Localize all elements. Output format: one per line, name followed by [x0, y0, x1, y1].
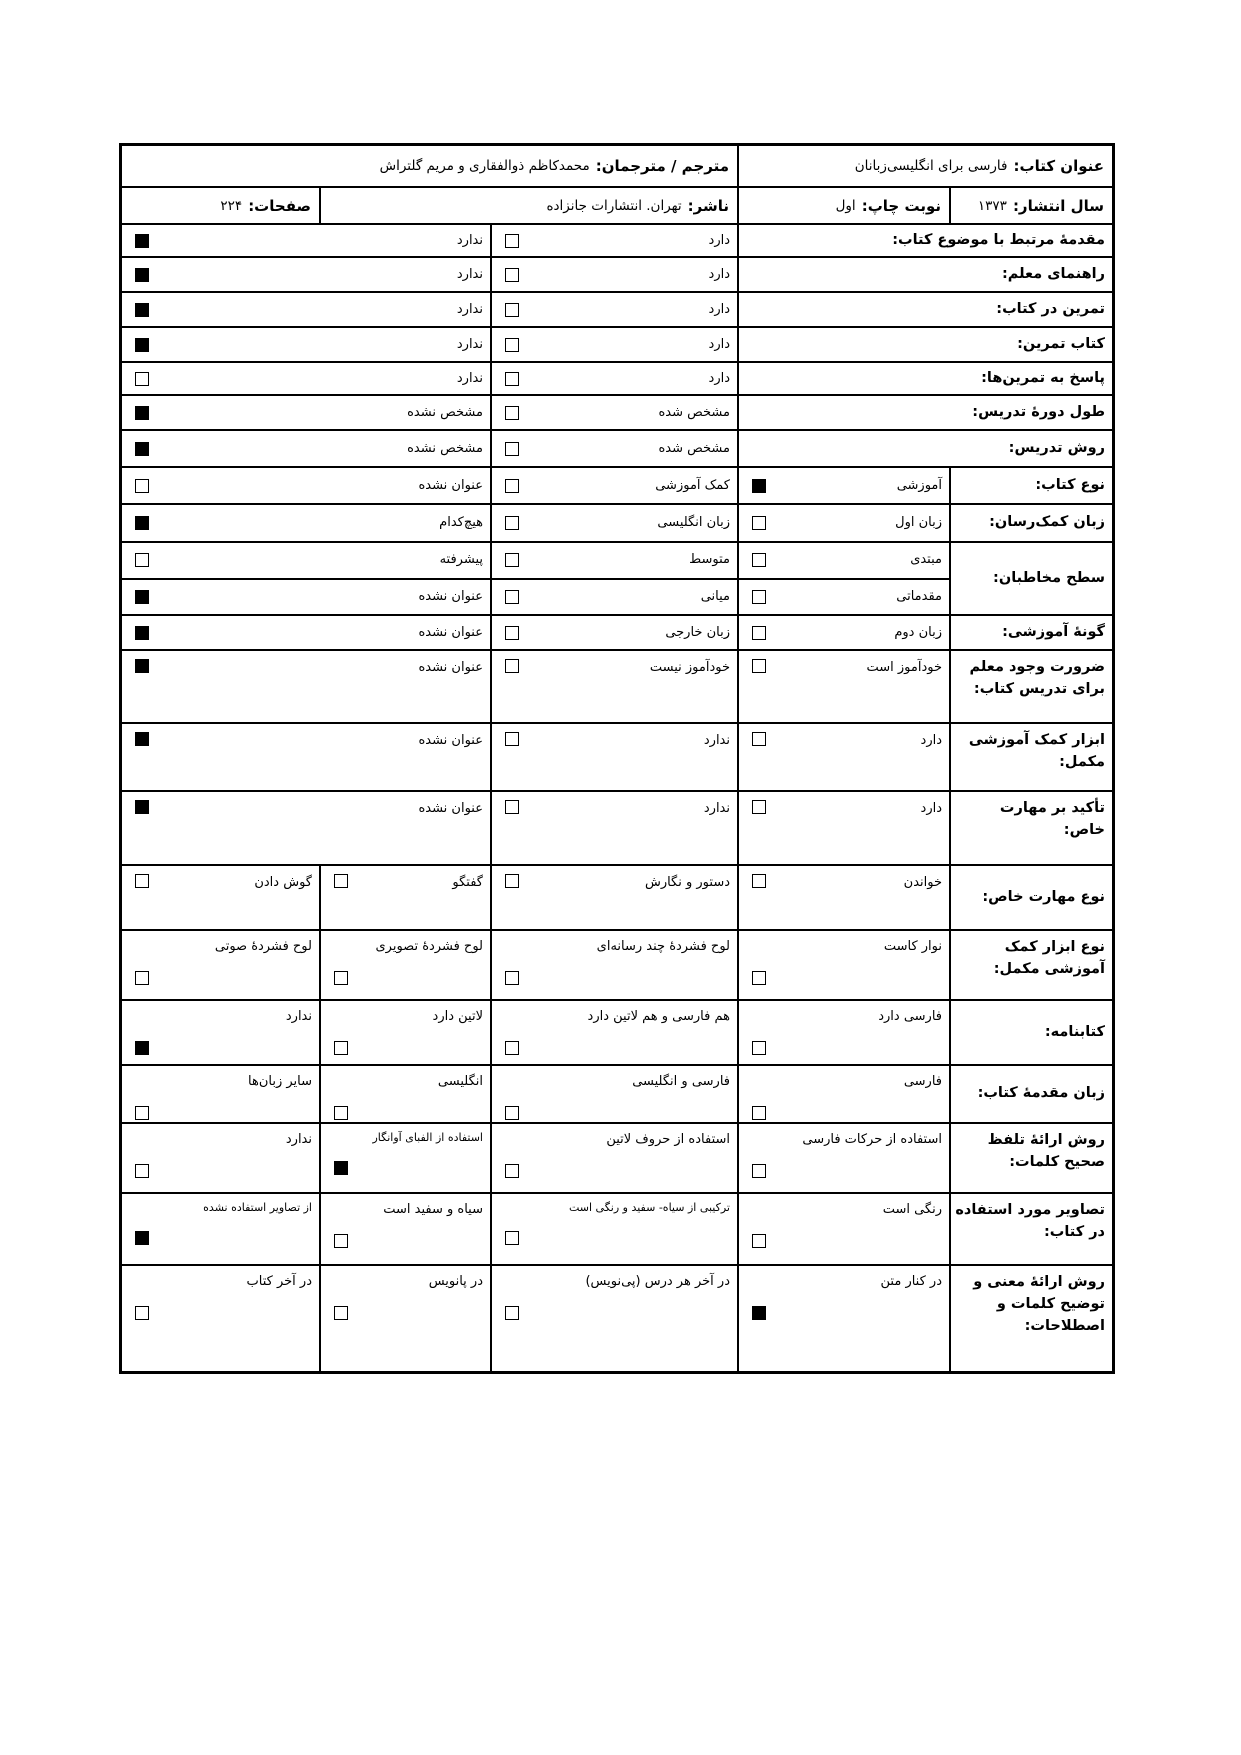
option-cell-bibliography: فارسی دارد — [737, 1001, 949, 1064]
row-label-text: مقدمهٔ مرتبط با موضوع کتاب: — [892, 230, 1105, 252]
row-teacher-necessity: ضرورت وجود معلم برای تدریس کتاب:خودآموز … — [122, 651, 1112, 724]
checkbox-empty[interactable] — [505, 1231, 519, 1245]
checkbox-empty[interactable] — [752, 874, 766, 888]
option-label: کمک آموزشی — [655, 477, 730, 495]
checkbox-empty[interactable] — [752, 626, 766, 640]
checkbox-empty[interactable] — [334, 1041, 348, 1055]
print-edition-cell: نوبت چاپ:اول — [737, 188, 949, 223]
checkbox-filled[interactable] — [135, 1041, 149, 1055]
publisher-label: ناشر: — [688, 197, 729, 215]
row-intro-related: مقدمهٔ مرتبط با موضوع کتاب:داردندارد — [122, 225, 1112, 258]
row-audience-level: سطح مخاطبان:مبتدیمتوسطپیشرفتهمقدماتیمیان… — [122, 543, 1112, 616]
checkbox-empty[interactable] — [505, 553, 519, 567]
checkbox-empty[interactable] — [505, 1041, 519, 1055]
option-label: زبان خارجی — [665, 624, 730, 642]
checkbox-filled[interactable] — [135, 268, 149, 282]
checkbox-empty[interactable] — [505, 800, 519, 814]
row-answers-to-exercises: پاسخ به تمرین‌ها:داردندارد — [122, 363, 1112, 396]
option-label: ندارد — [457, 370, 483, 388]
option-cell-helper-language: زبان اول — [737, 505, 949, 541]
option-label: ندارد — [457, 232, 483, 250]
row-label-audience-level: سطح مخاطبان: — [949, 543, 1112, 614]
checkbox-empty[interactable] — [505, 971, 519, 985]
option-cell-audience-level: متوسط — [490, 543, 737, 578]
checkbox-empty[interactable] — [334, 874, 348, 888]
option-label: فارسی — [752, 1073, 942, 1091]
option-label: خواندن — [904, 874, 942, 892]
option-label: ندارد — [704, 800, 730, 818]
option-label: عنوان نشده — [418, 624, 483, 642]
option-label: دارد — [921, 800, 942, 818]
option-cell-aid-tool-kind: لوح فشردهٔ تصویری — [319, 931, 490, 999]
row-label-text: کتابنامه: — [1045, 1022, 1105, 1044]
option-cell-aid-tool-kind: لوح فشردهٔ صوتی — [122, 931, 319, 999]
option-label: میانی — [701, 588, 730, 606]
option-cell-supplementary-aid-tools: ندارد — [490, 724, 737, 790]
checkbox-empty[interactable] — [752, 590, 766, 604]
option-cell-specific-skill-type: دستور و نگارش — [490, 866, 737, 929]
checkbox-empty[interactable] — [752, 553, 766, 567]
row-label-text: زبان مقدمهٔ کتاب: — [978, 1083, 1105, 1105]
option-label: زبان دوم — [894, 624, 942, 642]
row-label-text: کتاب تمرین: — [1017, 334, 1105, 356]
print-edition-label: نوبت چاپ: — [862, 197, 941, 215]
option-cell-meaning-method: در آخر هر درس (پی‌نویس) — [490, 1266, 737, 1371]
book-title-label: عنوان کتاب: — [1014, 157, 1105, 175]
row-label-exercises-in-book: تمرین در کتاب: — [737, 293, 1112, 326]
option-cell-bibliography: لاتین دارد — [319, 1001, 490, 1064]
checkbox-empty[interactable] — [505, 1106, 519, 1120]
option-cell-book-type: کمک آموزشی — [490, 468, 737, 503]
checkbox-filled[interactable] — [334, 1161, 348, 1175]
translators-value: محمدکاظم ذوالفقاری و مریم گلتراش — [380, 158, 590, 174]
row-bibliography: کتابنامه:فارسی داردهم فارسی و هم لاتین د… — [122, 1001, 1112, 1066]
checkbox-empty[interactable] — [505, 516, 519, 530]
checkbox-empty[interactable] — [752, 1234, 766, 1248]
option-label: فارسی دارد — [752, 1008, 942, 1026]
checkbox-empty[interactable] — [505, 1306, 519, 1320]
row-label-helper-language: زبان کمک‌رسان: — [949, 505, 1112, 541]
option-label: پیشرفته — [440, 551, 483, 569]
option-label: خودآموز نیست — [650, 659, 730, 677]
checkbox-empty[interactable] — [334, 1234, 348, 1248]
option-label: ندارد — [457, 266, 483, 284]
option-cell-exercises-in-book: ندارد — [122, 293, 490, 326]
row-pronunciation-method: روش ارائهٔ تلفظ صحیح کلمات:استفاده از حر… — [122, 1124, 1112, 1194]
option-label: سیاه و سفید است — [334, 1201, 483, 1219]
option-cell-bibliography: هم فارسی و هم لاتین دارد — [490, 1001, 737, 1064]
option-label: ندارد — [457, 301, 483, 319]
option-label: ترکیبی از سیاه- سفید و رنگی است — [505, 1201, 730, 1216]
row-course-length: طول دورهٔ تدریس:مشخص شدهمشخص نشده — [122, 396, 1112, 431]
option-label: عنوان نشده — [418, 732, 483, 750]
row-label-text: روش ارائهٔ تلفظ صحیح کلمات: — [955, 1130, 1105, 1174]
option-cell-book-type: آموزشی — [737, 468, 949, 503]
checkbox-empty[interactable] — [505, 442, 519, 456]
row-exercise-book: کتاب تمرین:داردندارد — [122, 328, 1112, 363]
row-label-text: تمرین در کتاب: — [996, 299, 1105, 321]
checkbox-empty[interactable] — [505, 303, 519, 317]
option-label: ندارد — [704, 732, 730, 750]
row-label-intro-related: مقدمهٔ مرتبط با موضوع کتاب: — [737, 225, 1112, 256]
row-label-skill-emphasis: تأکید بر مهارت خاص: — [949, 792, 1112, 864]
option-label: انگلیسی — [334, 1073, 483, 1091]
checkbox-empty[interactable] — [135, 372, 149, 386]
header-row-publication: سال انتشار:۱۳۷۳نوبت چاپ:اولناشر:تهران. ا… — [122, 188, 1112, 225]
option-label: مشخص شده — [658, 404, 730, 422]
option-label: استفاده از حرکات فارسی — [752, 1131, 942, 1149]
row-label-text: روش ارائهٔ معنی و توضیح کلمات و اصطلاحات… — [955, 1272, 1105, 1337]
option-cell-images-used: ترکیبی از سیاه- سفید و رنگی است — [490, 1194, 737, 1264]
row-label-book-type: نوع کتاب: — [949, 468, 1112, 503]
row-helper-language: زبان کمک‌رسان:زبان اولزبان انگلیسیهیچ‌کد… — [122, 505, 1112, 543]
page-count-value: ۲۲۴ — [220, 198, 242, 214]
option-cell-images-used: سیاه و سفید است — [319, 1194, 490, 1264]
option-label: در پانویس — [334, 1273, 483, 1291]
checkbox-empty[interactable] — [752, 1041, 766, 1055]
option-cell-aid-tool-kind: نوار کاست — [737, 931, 949, 999]
option-cell-specific-skill-type: خواندن — [737, 866, 949, 929]
option-cell-meaning-method: در کنار متن — [737, 1266, 949, 1371]
checkbox-empty[interactable] — [752, 659, 766, 673]
checkbox-empty[interactable] — [505, 268, 519, 282]
checkbox-empty[interactable] — [505, 406, 519, 420]
option-cell-supplementary-aid-tools: دارد — [737, 724, 949, 790]
audience-level-subrow: مقدماتیمیانیعنوان نشده — [122, 580, 949, 615]
option-cell-meaning-method: در پانویس — [319, 1266, 490, 1371]
checkbox-filled[interactable] — [135, 626, 149, 640]
option-cell-images-used: از تصاویر استفاده نشده — [122, 1194, 319, 1264]
row-teaching-method: روش تدریس:مشخص شدهمشخص نشده — [122, 431, 1112, 468]
option-cell-teacher-guide: ندارد — [122, 258, 490, 291]
option-cell-teaching-method: مشخص شده — [490, 431, 737, 466]
checkbox-filled[interactable] — [135, 442, 149, 456]
row-label-text: تأکید بر مهارت خاص: — [955, 798, 1105, 842]
row-label-exercise-book: کتاب تمرین: — [737, 328, 1112, 361]
checkbox-empty[interactable] — [334, 1106, 348, 1120]
checkbox-filled[interactable] — [752, 1306, 766, 1320]
option-label: عنوان نشده — [418, 588, 483, 606]
row-specific-skill-type: نوع مهارت خاص:خواندندستور و نگارشگفتگوگو… — [122, 866, 1112, 931]
option-label: مبتدی — [910, 551, 942, 569]
option-cell-helper-language: هیچ‌کدام — [122, 505, 490, 541]
option-label: ندارد — [135, 1008, 312, 1026]
row-label-bibliography: کتابنامه: — [949, 1001, 1112, 1064]
option-label: مقدماتی — [896, 588, 942, 606]
checkbox-empty[interactable] — [505, 372, 519, 386]
option-cell-teacher-guide: دارد — [490, 258, 737, 291]
option-cell-helper-language: زبان انگلیسی — [490, 505, 737, 541]
row-label-course-length: طول دورهٔ تدریس: — [737, 396, 1112, 429]
option-label: در آخر کتاب — [135, 1273, 312, 1291]
row-label-supplementary-aid-tools: ابزار کمک آموزشی مکمل: — [949, 724, 1112, 790]
publication-year-label: سال انتشار: — [1013, 197, 1104, 215]
checkbox-empty[interactable] — [505, 874, 519, 888]
row-label-text: پاسخ به تمرین‌ها: — [981, 368, 1105, 390]
publisher-value: تهران. انتشارات جانزاده — [546, 198, 681, 214]
option-label: لوح فشردهٔ چند رسانه‌ای — [505, 938, 730, 956]
option-cell-exercise-book: ندارد — [122, 328, 490, 361]
checkbox-empty[interactable] — [334, 971, 348, 985]
option-cell-teacher-necessity: عنوان نشده — [122, 651, 490, 722]
row-intro-language: زبان مقدمهٔ کتاب:فارسیفارسی و انگلیسیانگ… — [122, 1066, 1112, 1124]
option-label: گفتگو — [452, 874, 483, 892]
checkbox-empty[interactable] — [135, 1306, 149, 1320]
row-label-teaching-method: روش تدریس: — [737, 431, 1112, 466]
checkbox-filled[interactable] — [135, 516, 149, 530]
option-label: گوش دادن — [254, 874, 312, 892]
option-cell-education-kind: زبان دوم — [737, 616, 949, 649]
row-book-type: نوع کتاب:آموزشیکمک آموزشیعنوان نشده — [122, 468, 1112, 505]
option-label: لاتین دارد — [334, 1008, 483, 1026]
option-label: هم فارسی و هم لاتین دارد — [505, 1008, 730, 1026]
checkbox-filled[interactable] — [135, 659, 149, 673]
option-label: هیچ‌کدام — [439, 514, 483, 532]
row-label-aid-tool-kind: نوع ابزار کمک آموزشی مکمل: — [949, 931, 1112, 999]
checkbox-filled[interactable] — [135, 800, 149, 814]
option-label: زبان انگلیسی — [657, 514, 730, 532]
row-label-text: زبان کمک‌رسان: — [989, 512, 1105, 534]
option-label: دارد — [709, 301, 730, 319]
option-cell-images-used: رنگی است — [737, 1194, 949, 1264]
option-cell-teacher-necessity: خودآموز است — [737, 651, 949, 722]
row-label-education-kind: گونهٔ آموزشی: — [949, 616, 1112, 649]
option-cell-education-kind: عنوان نشده — [122, 616, 490, 649]
option-cell-answers-to-exercises: دارد — [490, 363, 737, 394]
publication-year-value: ۱۳۷۳ — [978, 198, 1007, 214]
checkbox-empty[interactable] — [135, 479, 149, 493]
option-cell-audience-level: پیشرفته — [122, 543, 490, 578]
option-label: عنوان نشده — [418, 800, 483, 818]
book-title-cell: عنوان کتاب:فارسی برای انگلیسی‌زبانان — [737, 146, 1112, 186]
option-cell-pronunciation-method: استفاده از حرکات فارسی — [737, 1124, 949, 1192]
header-row-title: عنوان کتاب:فارسی برای انگلیسی‌زبانانمترج… — [122, 146, 1112, 188]
option-cell-book-type: عنوان نشده — [122, 468, 490, 503]
row-exercises-in-book: تمرین در کتاب:داردندارد — [122, 293, 1112, 328]
option-cell-pronunciation-method: استفاده از حروف لاتین — [490, 1124, 737, 1192]
option-label: عنوان نشده — [418, 659, 483, 677]
checkbox-empty[interactable] — [752, 971, 766, 985]
checkbox-filled[interactable] — [135, 732, 149, 746]
checkbox-filled[interactable] — [135, 303, 149, 317]
row-label-intro-language: زبان مقدمهٔ کتاب: — [949, 1066, 1112, 1122]
row-skill-emphasis: تأکید بر مهارت خاص:داردنداردعنوان نشده — [122, 792, 1112, 866]
option-cell-bibliography: ندارد — [122, 1001, 319, 1064]
checkbox-empty[interactable] — [135, 553, 149, 567]
option-cell-intro-language: فارسی — [737, 1066, 949, 1122]
option-cell-teaching-method: مشخص نشده — [122, 431, 490, 466]
option-cell-audience-level: عنوان نشده — [122, 580, 490, 615]
option-label: دارد — [709, 232, 730, 250]
checkbox-empty[interactable] — [752, 1106, 766, 1120]
page-count-cell: صفحات:۲۲۴ — [122, 188, 319, 223]
row-images-used: تصاویر مورد استفاده در کتاب:رنگی استترکی… — [122, 1194, 1112, 1266]
option-label: ندارد — [457, 336, 483, 354]
publisher-cell: ناشر:تهران. انتشارات جانزاده — [319, 188, 737, 223]
row-label-answers-to-exercises: پاسخ به تمرین‌ها: — [737, 363, 1112, 394]
audience-level-subrow: مبتدیمتوسطپیشرفته — [122, 543, 949, 580]
row-label-text: طول دورهٔ تدریس: — [972, 402, 1105, 424]
checkbox-empty[interactable] — [752, 516, 766, 530]
scanned-form-page: عنوان کتاب:فارسی برای انگلیسی‌زبانانمترج… — [0, 0, 1241, 1755]
checkbox-empty[interactable] — [135, 874, 149, 888]
option-label: فارسی و انگلیسی — [505, 1073, 730, 1091]
option-label: دارد — [709, 266, 730, 284]
page-count-label: صفحات: — [248, 197, 311, 215]
row-teacher-guide: راهنمای معلم:داردندارد — [122, 258, 1112, 293]
checkbox-filled[interactable] — [135, 1231, 149, 1245]
option-cell-aid-tool-kind: لوح فشردهٔ چند رسانه‌ای — [490, 931, 737, 999]
option-label: خودآموز است — [866, 659, 942, 677]
option-label: دارد — [921, 732, 942, 750]
option-cell-exercise-book: دارد — [490, 328, 737, 361]
row-label-teacher-necessity: ضرورت وجود معلم برای تدریس کتاب: — [949, 651, 1112, 722]
row-label-teacher-guide: راهنمای معلم: — [737, 258, 1112, 291]
option-label: متوسط — [689, 551, 730, 569]
checkbox-empty[interactable] — [135, 1106, 149, 1120]
option-cell-intro-related: ندارد — [122, 225, 490, 256]
checkbox-empty[interactable] — [505, 1164, 519, 1178]
option-cell-skill-emphasis: دارد — [737, 792, 949, 864]
option-label: مشخص شده — [658, 440, 730, 458]
option-cell-teacher-necessity: خودآموز نیست — [490, 651, 737, 722]
checkbox-empty[interactable] — [505, 479, 519, 493]
row-label-specific-skill-type: نوع مهارت خاص: — [949, 866, 1112, 929]
row-label-text: ضرورت وجود معلم برای تدریس کتاب: — [955, 657, 1105, 701]
row-label-meaning-method: روش ارائهٔ معنی و توضیح کلمات و اصطلاحات… — [949, 1266, 1112, 1371]
row-aid-tool-kind: نوع ابزار کمک آموزشی مکمل:نوار کاستلوح ف… — [122, 931, 1112, 1001]
option-cell-specific-skill-type: گفتگو — [319, 866, 490, 929]
row-label-text: راهنمای معلم: — [1002, 264, 1105, 286]
checkbox-empty[interactable] — [135, 971, 149, 985]
row-meaning-method: روش ارائهٔ معنی و توضیح کلمات و اصطلاحات… — [122, 1266, 1112, 1371]
audience-level-options: مبتدیمتوسطپیشرفتهمقدماتیمیانیعنوان نشده — [122, 543, 949, 614]
checkbox-empty[interactable] — [505, 626, 519, 640]
option-cell-intro-language: سایر زبان‌ها — [122, 1066, 319, 1122]
row-label-pronunciation-method: روش ارائهٔ تلفظ صحیح کلمات: — [949, 1124, 1112, 1192]
option-label: استفاده از حروف لاتین — [505, 1131, 730, 1149]
checkbox-empty[interactable] — [505, 338, 519, 352]
option-cell-meaning-method: در آخر کتاب — [122, 1266, 319, 1371]
option-label: زبان اول — [895, 514, 942, 532]
option-label: دستور و نگارش — [645, 874, 730, 892]
translators-label: مترجم / مترجمان: — [596, 157, 729, 175]
option-cell-course-length: مشخص نشده — [122, 396, 490, 429]
checkbox-filled[interactable] — [135, 406, 149, 420]
option-label: از تصاویر استفاده نشده — [135, 1201, 312, 1216]
option-cell-supplementary-aid-tools: عنوان نشده — [122, 724, 490, 790]
translators-cell: مترجم / مترجمان:محمدکاظم ذوالفقاری و مری… — [122, 146, 737, 186]
option-label: استفاده از الفبای آوانگار — [334, 1131, 483, 1146]
checkbox-empty[interactable] — [505, 590, 519, 604]
checkbox-empty[interactable] — [334, 1306, 348, 1320]
option-cell-skill-emphasis: عنوان نشده — [122, 792, 490, 864]
checkbox-filled[interactable] — [135, 590, 149, 604]
row-label-images-used: تصاویر مورد استفاده در کتاب: — [949, 1194, 1112, 1264]
option-label: نوار کاست — [752, 938, 942, 956]
option-label: آموزشی — [897, 477, 942, 495]
checkbox-empty[interactable] — [135, 1164, 149, 1178]
option-label: در آخر هر درس (پی‌نویس) — [505, 1273, 730, 1291]
option-cell-answers-to-exercises: ندارد — [122, 363, 490, 394]
row-education-kind: گونهٔ آموزشی:زبان دومزبان خارجیعنوان نشد… — [122, 616, 1112, 651]
row-label-text: نوع کتاب: — [1035, 475, 1105, 497]
checkbox-filled[interactable] — [135, 338, 149, 352]
option-label: در کنار متن — [752, 1273, 942, 1291]
row-label-text: تصاویر مورد استفاده در کتاب: — [955, 1200, 1105, 1244]
row-label-text: نوع مهارت خاص: — [982, 887, 1105, 909]
checkbox-empty[interactable] — [505, 234, 519, 248]
option-cell-education-kind: زبان خارجی — [490, 616, 737, 649]
option-cell-intro-language: انگلیسی — [319, 1066, 490, 1122]
option-label: مشخص نشده — [407, 440, 483, 458]
row-label-text: نوع ابزار کمک آموزشی مکمل: — [955, 937, 1105, 981]
option-label: رنگی است — [752, 1201, 942, 1219]
option-label: دارد — [709, 336, 730, 354]
option-label: ندارد — [135, 1131, 312, 1149]
option-cell-audience-level: مبتدی — [737, 543, 949, 578]
option-cell-exercises-in-book: دارد — [490, 293, 737, 326]
option-label: لوح فشردهٔ صوتی — [135, 938, 312, 956]
checkbox-empty[interactable] — [752, 800, 766, 814]
option-label: سایر زبان‌ها — [135, 1073, 312, 1091]
option-cell-skill-emphasis: ندارد — [490, 792, 737, 864]
option-label: لوح فشردهٔ تصویری — [334, 938, 483, 956]
checkbox-filled[interactable] — [752, 479, 766, 493]
row-label-text: ابزار کمک آموزشی مکمل: — [955, 730, 1105, 774]
option-cell-audience-level: مقدماتی — [737, 580, 949, 615]
publication-year-cell: سال انتشار:۱۳۷۳ — [949, 188, 1112, 223]
option-cell-intro-language: فارسی و انگلیسی — [490, 1066, 737, 1122]
option-cell-specific-skill-type: گوش دادن — [122, 866, 319, 929]
row-label-text: گونهٔ آموزشی: — [1002, 622, 1105, 644]
option-cell-audience-level: میانی — [490, 580, 737, 615]
checkbox-empty[interactable] — [752, 732, 766, 746]
checkbox-empty[interactable] — [505, 732, 519, 746]
option-cell-pronunciation-method: استفاده از الفبای آوانگار — [319, 1124, 490, 1192]
row-label-text: روش تدریس: — [1009, 438, 1105, 460]
row-label-text: سطح مخاطبان: — [993, 568, 1105, 590]
option-cell-pronunciation-method: ندارد — [122, 1124, 319, 1192]
checkbox-filled[interactable] — [135, 234, 149, 248]
option-cell-course-length: مشخص شده — [490, 396, 737, 429]
checkbox-empty[interactable] — [752, 1164, 766, 1178]
option-cell-intro-related: دارد — [490, 225, 737, 256]
checkbox-empty[interactable] — [505, 659, 519, 673]
book-evaluation-table: عنوان کتاب:فارسی برای انگلیسی‌زبانانمترج… — [119, 143, 1115, 1374]
row-supplementary-aid-tools: ابزار کمک آموزشی مکمل:داردنداردعنوان نشد… — [122, 724, 1112, 792]
book-title-value: فارسی برای انگلیسی‌زبانان — [855, 158, 1008, 174]
print-edition-value: اول — [836, 198, 856, 214]
option-label: دارد — [709, 370, 730, 388]
option-label: عنوان نشده — [418, 477, 483, 495]
option-label: مشخص نشده — [407, 404, 483, 422]
